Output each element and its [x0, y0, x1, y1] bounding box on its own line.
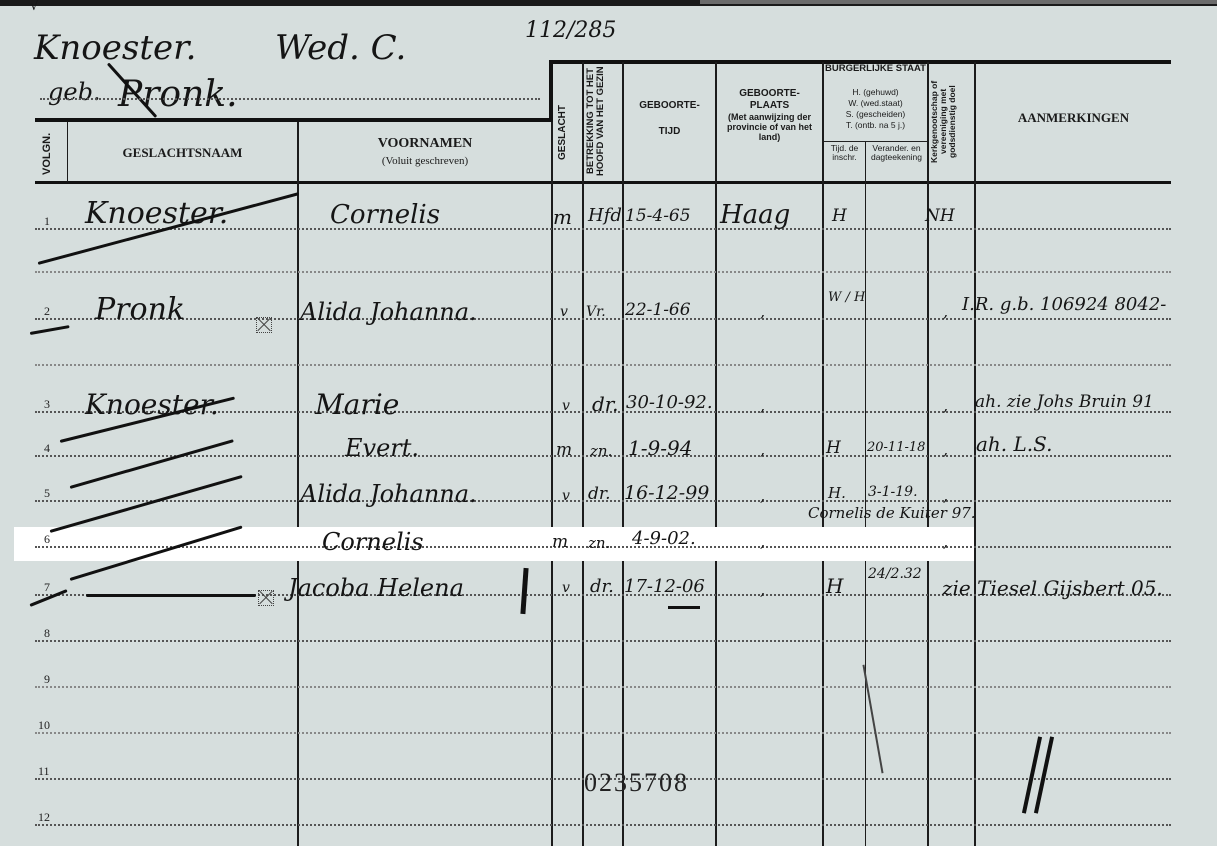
header-voornamen: VOORNAMEN — [299, 136, 551, 152]
row2-status: W / H — [828, 290, 865, 305]
header-bs-tijd: Tijd. de inschr. — [824, 144, 865, 163]
row4-remarks: ah. L.S. — [976, 432, 1053, 456]
header-geboorteplaats-sub: (Met aanwijzing der provincie of van het… — [719, 113, 820, 143]
row-number: 2 — [44, 304, 50, 319]
row2-strike — [30, 325, 70, 335]
col-line-geslachtsnaam — [297, 122, 299, 846]
title-born: geb. — [48, 78, 101, 106]
row5-birthdate: 16-12-99 — [624, 482, 709, 504]
header-volgnr: VOLGN. — [42, 130, 54, 178]
deceased-mark-icon — [256, 317, 272, 333]
row7-birthdate: 17-12-06 — [624, 576, 705, 597]
header-bs-h: H. (gehuwd) — [824, 87, 927, 97]
row2-relation: Vr. — [586, 304, 606, 320]
row1-surname: Knoester. — [85, 196, 228, 231]
row6-sex: m — [552, 532, 568, 552]
title-surname: Knoester. — [34, 28, 196, 68]
header-bs-t: T. (ontb. na 5 j.) — [824, 120, 927, 130]
col-line-bs-split — [865, 141, 866, 846]
header-voornamen-sub: (Voluit geschreven) — [299, 155, 551, 167]
row3-church: , — [943, 396, 948, 415]
bs-sub-rule — [824, 141, 927, 142]
header-bottom-rule — [35, 181, 1171, 184]
row1-birthplace: Haag — [720, 200, 790, 230]
row4-sex: m — [556, 440, 572, 460]
row4-status-change: 20-11-18 — [867, 440, 925, 455]
row7-double-strike — [86, 594, 256, 597]
row-rule-8 — [35, 640, 1171, 642]
row7-status-change: 24/2.32 — [868, 566, 922, 582]
row3-firstnames: Marie — [315, 388, 399, 421]
row1-sex: m — [553, 205, 572, 229]
row2-remarks: I.R. g.b. 106924 8042- — [962, 294, 1166, 315]
header-betrekking: BETREKKING TOT HET HOOFD VAN HET GEZIN — [586, 64, 620, 179]
row7-birthplace: , — [760, 580, 765, 599]
row5-sex: v — [562, 488, 570, 504]
row5-church: , — [943, 486, 948, 505]
row4-church: , — [943, 440, 948, 459]
row1-church: NH — [925, 206, 955, 226]
header-bs-s: S. (gescheiden) — [824, 109, 927, 119]
row3-birthplace: , — [760, 396, 765, 415]
row3-remarks: ah. zie Johs Bruin 91 — [975, 392, 1154, 412]
row7-underline — [668, 606, 700, 609]
row-number: 8 — [44, 626, 50, 641]
header-top-rule-left — [35, 118, 551, 122]
col-line-betrekking — [622, 62, 624, 846]
archive-stamp-number: 0235708 — [584, 768, 689, 798]
header-burgerlijke-staat: BURGERLIJKE STAAT — [824, 64, 927, 74]
row7-status: H — [826, 574, 843, 598]
row7-relation: dr. — [590, 576, 614, 597]
row5-relation: dr. — [588, 484, 611, 504]
row6-birthdate: 4-9-02. — [632, 528, 696, 549]
row1-birthdate: 15-4-65 — [625, 206, 691, 226]
row5-remarks: Cornelis de Kuiter 97. — [808, 504, 976, 522]
row3-relation: dr. — [592, 392, 619, 416]
row1-status: H — [832, 206, 847, 226]
header-geboortetijd-2: TIJD — [624, 126, 715, 137]
header-kerkgenootschap: Kerkgenootschap of vereeniging met godsd… — [930, 64, 972, 179]
row5-status: H. — [828, 484, 846, 502]
row-number: 4 — [44, 441, 50, 456]
col-line-geslacht — [582, 62, 584, 846]
title-widow: Wed. C. — [275, 28, 406, 68]
row5-birthplace: , — [760, 486, 765, 505]
header-aanmerkingen: AANMERKINGEN — [976, 110, 1171, 126]
row4-strike — [70, 439, 234, 489]
row4-birthplace: , — [760, 440, 765, 459]
header-geslachtsnaam: GESLACHTSNAAM — [68, 145, 297, 161]
scan-top-border-gray — [700, 0, 1217, 4]
row2-firstnames: Alida Johanna. — [300, 298, 477, 326]
row-rule-12 — [35, 824, 1171, 826]
row2-sex: v — [560, 304, 568, 320]
header-bs-verander: Verander. en dagteekening — [866, 144, 927, 163]
row4-status: H — [826, 438, 841, 458]
row2-birthplace: , — [760, 302, 765, 321]
row2-surname: Pronk — [95, 292, 185, 327]
row4-firstnames: Evert. — [345, 434, 419, 462]
row6-church: , — [943, 532, 948, 551]
header-geboortetijd-1: GEBOORTE- — [624, 100, 715, 111]
row6-birthplace: , — [760, 532, 765, 551]
row2-church: , — [943, 302, 948, 321]
row6-relation: zn. — [588, 534, 610, 552]
row-number: 12 — [38, 810, 50, 825]
checkmark: √ — [30, 0, 39, 14]
row-number: 1 — [44, 214, 50, 229]
row-rule-10 — [35, 732, 1171, 734]
row1-firstnames: Cornelis — [330, 200, 440, 230]
row3-sex: v — [562, 398, 570, 414]
col-line-geboortetijd — [715, 62, 717, 846]
header-geboorteplaats-2: PLAATS — [717, 100, 822, 111]
reference-number: 112/285 — [525, 18, 616, 43]
header-geboorteplaats-1: GEBOORTE- — [717, 88, 822, 99]
row-number: 9 — [44, 672, 50, 687]
title-dotted-line — [40, 98, 540, 100]
row-rule-9 — [35, 686, 1171, 688]
row7-remarks: zie Tiesel Gijsbert 05. — [942, 576, 1163, 600]
row-number: 6 — [44, 532, 50, 547]
row4-relation: zn. — [590, 442, 612, 460]
row7-vertical-mark — [520, 568, 528, 614]
header-bs-w: W. (wed.staat) — [824, 98, 927, 108]
row7-sex: v — [562, 580, 570, 596]
row-number: 5 — [44, 486, 50, 501]
header-step-rule — [549, 60, 553, 122]
row-number: 3 — [44, 397, 50, 412]
row-number: 10 — [38, 718, 50, 733]
row-number: 11 — [38, 764, 50, 779]
row5-firstnames: Alida Johanna. — [300, 480, 477, 508]
header-geslacht: GESLACHT — [558, 85, 569, 180]
row3-birthdate: 30-10-92. — [626, 392, 713, 413]
row4-birthdate: 1-9-94 — [628, 436, 692, 460]
row6-firstnames: Cornelis — [322, 528, 424, 556]
row1-relation: Hfd — [588, 205, 622, 226]
col-line-burgerlijke-staat — [927, 62, 929, 846]
row-sep-1 — [35, 271, 1171, 273]
row7-firstnames: Jacoba Helena — [288, 574, 464, 602]
row-sep-2 — [35, 364, 1171, 366]
col-line-geboorteplaats — [822, 62, 824, 846]
row2-birthdate: 22-1-66 — [625, 300, 691, 320]
deceased-mark-icon — [258, 590, 274, 606]
row-number: 7 — [44, 580, 50, 595]
col-line-voornamen — [551, 122, 553, 846]
row-6-highlight — [14, 527, 974, 561]
row5-status-change: 3-1-19. — [868, 484, 918, 500]
